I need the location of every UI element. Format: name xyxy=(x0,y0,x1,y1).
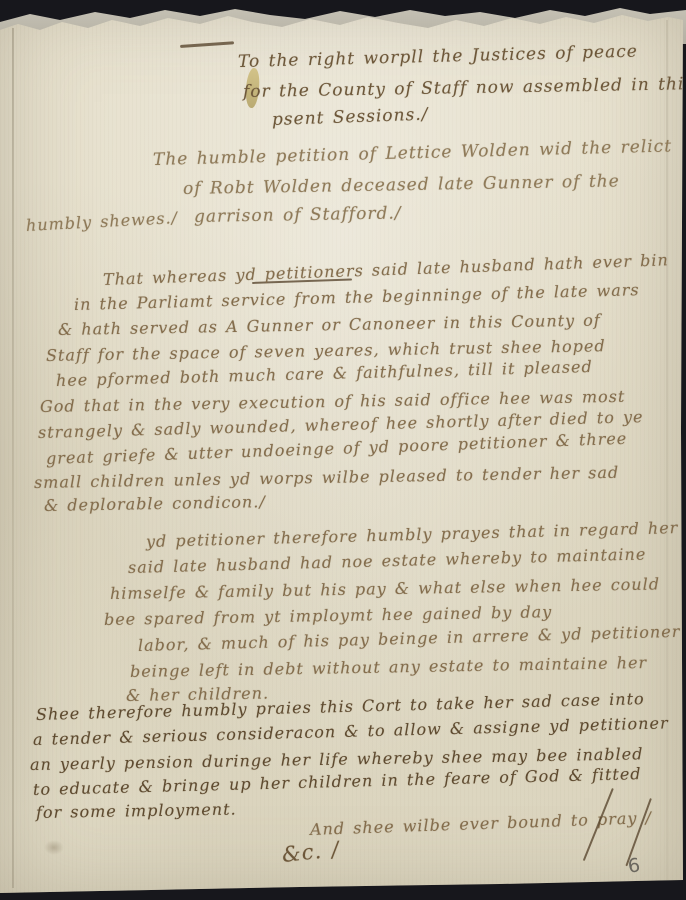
margin-note: humbly shewes./ xyxy=(26,208,179,235)
body-line: for some imployment. xyxy=(36,799,237,821)
manuscript-scan: To the right worpll the Justices of peac… xyxy=(0,0,686,900)
ink-strike-mark xyxy=(180,41,234,48)
petition-title-line: garrison of Stafford./ xyxy=(194,203,402,227)
folio-number: 6 xyxy=(627,854,642,877)
body-line: & deplorable condicon./ xyxy=(44,492,266,515)
flourish-mark: &c. / xyxy=(281,837,341,867)
petition-title-line: of Robt Wolden deceased late Gunner of t… xyxy=(183,171,620,199)
heading-line: psent Sessions./ xyxy=(272,105,429,130)
body-line: bee spared from yt imploymt hee gained b… xyxy=(104,602,553,629)
body-line: himselfe & family but his pay & what els… xyxy=(110,574,660,603)
petition-title-line: The humble petition of Lettice Wolden wi… xyxy=(153,136,673,170)
manuscript-page: To the right worpll the Justices of peac… xyxy=(0,0,686,900)
smudge-mark xyxy=(44,840,64,855)
fold-crease-left xyxy=(12,28,14,888)
heading-line: To the right worpll the Justices of peac… xyxy=(238,42,638,72)
body-line: small children unles yd worps wilbe plea… xyxy=(34,463,620,492)
body-line: & hath served as A Gunner or Canoneer in… xyxy=(58,311,601,339)
body-line: beinge left in debt without any estate t… xyxy=(130,653,647,681)
heading-line: for the County of Staff now assembled in… xyxy=(243,74,686,102)
